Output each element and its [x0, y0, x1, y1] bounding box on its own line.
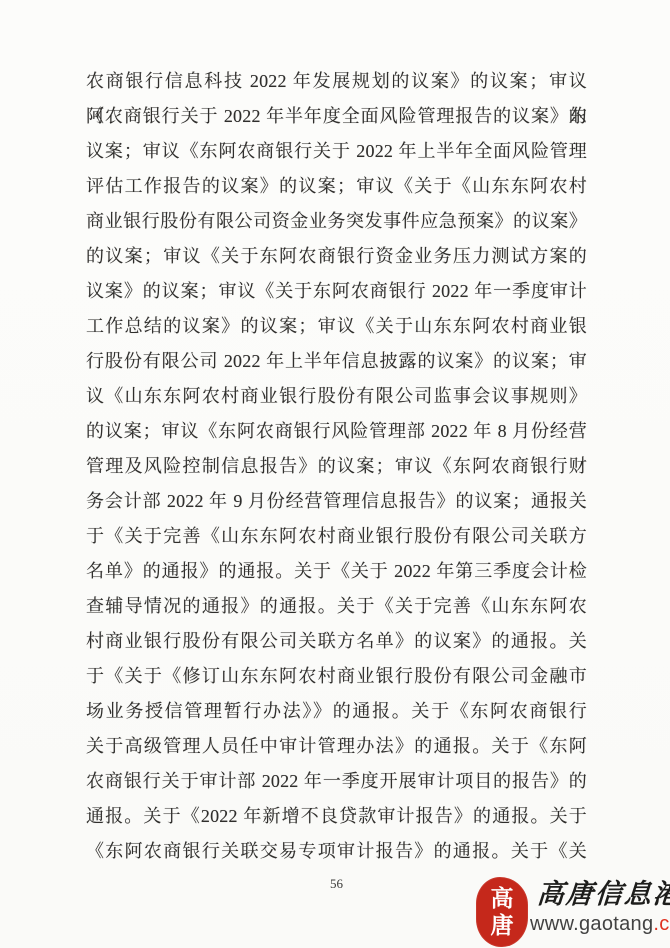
document-line: 农商银行信息科技 2022 年发展规划的议案》的议案；审议《东 — [86, 64, 587, 99]
seal-char-bottom: 唐 — [491, 912, 514, 939]
document-line: 《东阿农商银行关联交易专项审计报告》的通报。关于《关 — [86, 834, 587, 869]
document-line: 行股份有限公司 2022 年上半年信息披露的议案》的议案；审 — [86, 344, 587, 379]
document-line: 通报。关于《2022 年新增不良贷款审计报告》的通报。关于 — [86, 799, 587, 834]
document-line: 工作总结的议案》的议案；审议《关于山东东阿农村商业银 — [86, 309, 587, 344]
document-line: 议案；审议《东阿农商银行关于 2022 年上半年全面风险管理 — [86, 134, 587, 169]
document-line: 的议案；审议《关于东阿农商银行资金业务压力测试方案的 — [86, 239, 587, 274]
document-line: 于《关于完善《山东东阿农村商业银行股份有限公司关联方 — [86, 519, 587, 554]
document-line: 场业务授信管理暂行办法》》的通报。关于《东阿农商银行 — [86, 694, 587, 729]
document-line: 名单》的通报》的通报。关于《关于 2022 年第三季度会计检 — [86, 554, 587, 589]
watermark-url: www.gaotang.cc — [530, 912, 670, 936]
document-line: 的议案；审议《东阿农商银行风险管理部 2022 年 8 月份经营 — [86, 414, 587, 449]
watermark-url-suffix: .cc — [653, 913, 670, 935]
watermark-brand-text: 高唐信息港 — [529, 874, 670, 914]
document-page: 农商银行信息科技 2022 年发展规划的议案》的议案；审议《东阿农商银行关于 2… — [0, 0, 670, 948]
document-line: 农商银行关于审计部 2022 年一季度开展审计项目的报告》的 — [86, 764, 587, 799]
watermark-url-main: www.gaotang — [530, 913, 653, 935]
seal-char-top: 高 — [491, 885, 514, 912]
document-line: 务会计部 2022 年 9 月份经营管理信息报告》的议案；通报关 — [86, 484, 587, 519]
gaotang-watermark: 高 唐 高唐信息港 www.gaotang.cc — [476, 874, 670, 948]
document-line: 查辅导情况的通报》的通报。关于《关于完善《山东东阿农 — [86, 589, 587, 624]
document-line: 阿农商银行关于 2022 年半年度全面风险管理报告的议案》的 — [86, 99, 587, 134]
document-line: 议《山东东阿农村商业银行股份有限公司监事会议事规则》 — [86, 379, 587, 414]
gaotang-seal-logo: 高 唐 — [476, 877, 528, 947]
watermark-text-group: 高唐信息港 www.gaotang.cc — [530, 874, 670, 936]
document-line: 于《关于《修订山东东阿农村商业银行股份有限公司金融市 — [86, 659, 587, 694]
document-line: 商业银行股份有限公司资金业务突发事件应急预案》的议案》 — [86, 204, 587, 239]
document-line: 管理及风险控制信息报告》的议案；审议《东阿农商银行财 — [86, 449, 587, 484]
document-line: 议案》的议案；审议《关于东阿农商银行 2022 年一季度审计 — [86, 274, 587, 309]
document-line: 评估工作报告的议案》的议案；审议《关于《山东东阿农村 — [86, 169, 587, 204]
document-text-block: 农商银行信息科技 2022 年发展规划的议案》的议案；审议《东阿农商银行关于 2… — [86, 64, 587, 869]
document-line: 村商业银行股份有限公司关联方名单》的议案》的通报。关 — [86, 624, 587, 659]
document-line: 关于高级管理人员任中审计管理办法》的通报。关于《东阿 — [86, 729, 587, 764]
